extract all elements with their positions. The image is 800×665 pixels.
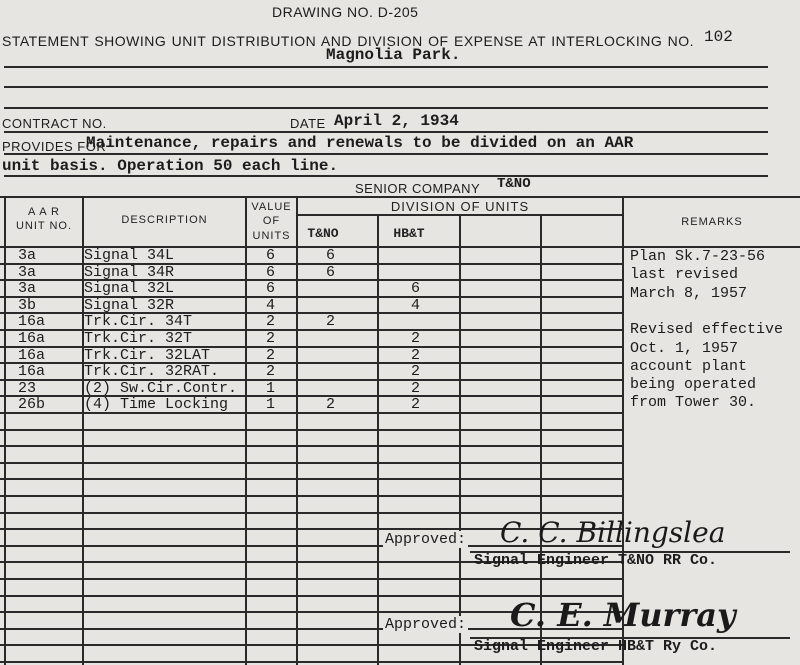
header-value-line1: VALUE xyxy=(247,201,296,213)
value-cell: 4 xyxy=(266,297,275,314)
tno-cell: 6 xyxy=(326,264,335,281)
tno-cell: 6 xyxy=(326,247,335,264)
approval-2-label: Approved: xyxy=(383,616,468,633)
approval-1-title: Signal Engineer T&NO RR Co. xyxy=(474,552,717,569)
interlocking-number: 102 xyxy=(704,28,733,46)
header-remarks: REMARKS xyxy=(624,216,800,228)
provides-rule-2 xyxy=(4,175,768,177)
hbt-cell: 6 xyxy=(411,280,420,297)
row-rule xyxy=(0,462,622,464)
approval-1-signature: C. C. Billingslea xyxy=(500,516,725,549)
contract-value[interactable] xyxy=(120,114,280,130)
description-cell: Trk.Cir. 32RAT. xyxy=(84,363,219,380)
hbt-cell: 2 xyxy=(411,363,420,380)
unit-cell: 3a xyxy=(18,264,36,281)
approval-2-rule xyxy=(470,637,790,639)
header-col-tno: T&NO xyxy=(298,226,348,241)
table-top-border xyxy=(0,196,800,198)
senior-company-value: T&NO xyxy=(497,176,531,192)
remarks-line: account plant xyxy=(630,358,747,375)
value-cell: 1 xyxy=(266,396,275,413)
unit-cell: 23 xyxy=(18,380,36,397)
remarks-line: last revised xyxy=(630,266,738,283)
header-rule-2 xyxy=(4,86,768,88)
row-rule xyxy=(0,478,622,480)
unit-cell: 16a xyxy=(18,363,45,380)
header-col-hbt: HB&T xyxy=(379,226,439,241)
remarks-line: Revised effective xyxy=(630,321,783,338)
value-cell: 6 xyxy=(266,247,275,264)
remarks-line: March 8, 1957 xyxy=(630,285,747,302)
unit-cell: 16a xyxy=(18,347,45,364)
hbt-cell: 4 xyxy=(411,297,420,314)
row-rule xyxy=(0,512,622,514)
hbt-cell: 2 xyxy=(411,347,420,364)
unit-cell: 3a xyxy=(18,280,36,297)
tno-cell: 2 xyxy=(326,396,335,413)
approval-2-title: Signal Engineer HB&T Ry Co. xyxy=(474,638,717,655)
description-cell: Signal 34L xyxy=(84,247,174,264)
approval-2-signature: C. E. Murray xyxy=(510,596,736,634)
header-value-line3: UNITS xyxy=(247,230,296,242)
senior-company-label: SENIOR COMPANY xyxy=(355,181,480,196)
row-rule xyxy=(0,578,622,580)
header-rule-3 xyxy=(4,107,768,109)
date-value: April 2, 1934 xyxy=(334,112,459,130)
description-cell: Signal 34R xyxy=(84,264,174,281)
row-rule xyxy=(0,661,622,663)
hbt-cell: 2 xyxy=(411,396,420,413)
approval-1-label: Approved: xyxy=(383,531,468,548)
value-cell: 6 xyxy=(266,264,275,281)
provides-text-line1: Maintenance, repairs and renewals to be … xyxy=(86,134,633,152)
description-cell: Trk.Cir. 34T xyxy=(84,313,192,330)
value-cell: 6 xyxy=(266,280,275,297)
row-rule xyxy=(0,445,622,447)
contract-label: CONTRACT NO. xyxy=(2,116,107,131)
unit-cell: 16a xyxy=(18,313,45,330)
unit-cell: 3a xyxy=(18,247,36,264)
header-value-line2: OF xyxy=(247,215,296,227)
row-rule xyxy=(0,495,622,497)
value-cell: 2 xyxy=(266,347,275,364)
value-cell: 2 xyxy=(266,363,275,380)
provides-rule-1 xyxy=(4,153,768,155)
description-cell: (4) Time Locking xyxy=(84,396,228,413)
description-cell: (2) Sw.Cir.Contr. xyxy=(84,380,237,397)
row-rule xyxy=(0,429,622,431)
provides-text-line2: unit basis. Operation 50 each line. xyxy=(2,157,338,175)
unit-cell: 3b xyxy=(18,297,36,314)
header-rule-1 xyxy=(4,66,768,68)
col-line-hbt xyxy=(377,214,379,665)
header-division-of-units: DIVISION OF UNITS xyxy=(298,199,622,214)
value-cell: 1 xyxy=(266,380,275,397)
approval-1-rule xyxy=(470,551,790,553)
unit-cell: 26b xyxy=(18,396,45,413)
remarks-line: Oct. 1, 1957 xyxy=(630,340,738,357)
unit-cell: 16a xyxy=(18,330,45,347)
drawing-number: DRAWING NO. D-205 xyxy=(272,4,418,20)
remarks-line: being operated xyxy=(630,376,756,393)
value-cell: 2 xyxy=(266,330,275,347)
hbt-cell: 2 xyxy=(411,380,420,397)
col-line-blank1 xyxy=(459,214,461,665)
header-aar-line2: UNIT NO. xyxy=(6,220,82,232)
value-cell: 2 xyxy=(266,313,275,330)
description-cell: Trk.Cir. 32LAT xyxy=(84,347,210,364)
header-aar-line1: A A R xyxy=(6,206,82,218)
remarks-line: from Tower 30. xyxy=(630,394,756,411)
description-cell: Trk.Cir. 32T xyxy=(84,330,192,347)
remarks-line: Plan Sk.7-23-56 xyxy=(630,248,765,265)
description-cell: Signal 32R xyxy=(84,297,174,314)
description-cell: Signal 32L xyxy=(84,280,174,297)
tno-cell: 2 xyxy=(326,313,335,330)
header-description: DESCRIPTION xyxy=(84,214,245,226)
contract-rule xyxy=(4,131,768,133)
col-line-remarks xyxy=(622,196,624,665)
hbt-cell: 2 xyxy=(411,330,420,347)
date-label: DATE xyxy=(290,116,326,131)
location-name: Magnolia Park. xyxy=(326,46,460,64)
